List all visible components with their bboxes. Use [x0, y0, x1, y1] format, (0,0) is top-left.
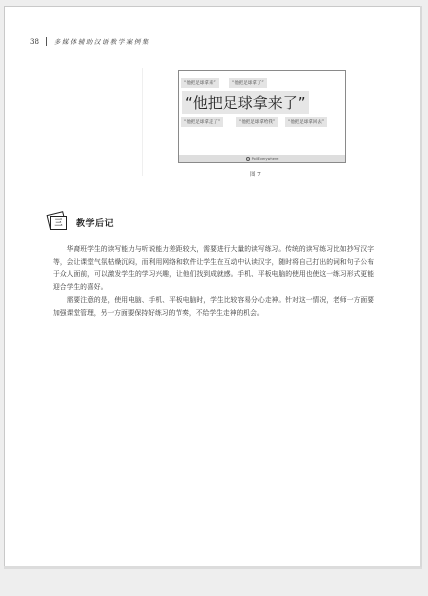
notebook-icon: 三: [47, 212, 69, 232]
figure-screenshot: “他把足球拿来” “他把足球拿了” “他把足球拿来了” “他把足球拿走了” “他…: [178, 70, 346, 163]
paragraph: 华裔班学生的读写能力与听说能力差距较大，需要进行大量的读写练习。传统的读写练习比…: [53, 243, 374, 294]
answer-tag: “他把足球拿来”: [181, 78, 219, 88]
section-title: 教学后记: [76, 216, 114, 229]
section-heading: 三 教学后记: [47, 212, 114, 232]
page-number: 38: [30, 38, 39, 46]
running-header: 38 多媒体辅助汉语教学案例集: [30, 37, 150, 46]
figure-guide-line: [142, 68, 143, 176]
answer-tag-main: “他把足球拿来了”: [182, 91, 309, 114]
answer-tag: “他把足球拿了”: [229, 78, 267, 88]
poll-logo-icon: [246, 157, 250, 161]
figure-caption: 图 7: [250, 170, 261, 178]
figure-footer-bar: PollEverywhere: [179, 155, 345, 162]
header-divider: [46, 37, 47, 46]
body-text: 华裔班学生的读写能力与听说能力差距较大，需要进行大量的读写练习。传统的读写练习比…: [53, 243, 374, 319]
page-edge: [420, 6, 422, 567]
book-title: 多媒体辅助汉语教学案例集: [54, 37, 150, 46]
answer-tag: “他把足球拿给我”: [236, 117, 278, 127]
footer-label: PollEverywhere: [252, 157, 279, 161]
page-shadow: [4, 566, 422, 569]
answer-tag: “他把足球拿走了”: [181, 117, 223, 127]
answer-tag: “他把足球拿回去”: [285, 117, 327, 127]
paragraph: 需要注意的是，使用电脑、手机、平板电脑时，学生比较容易分心走神。针对这一情况，老…: [53, 294, 374, 319]
